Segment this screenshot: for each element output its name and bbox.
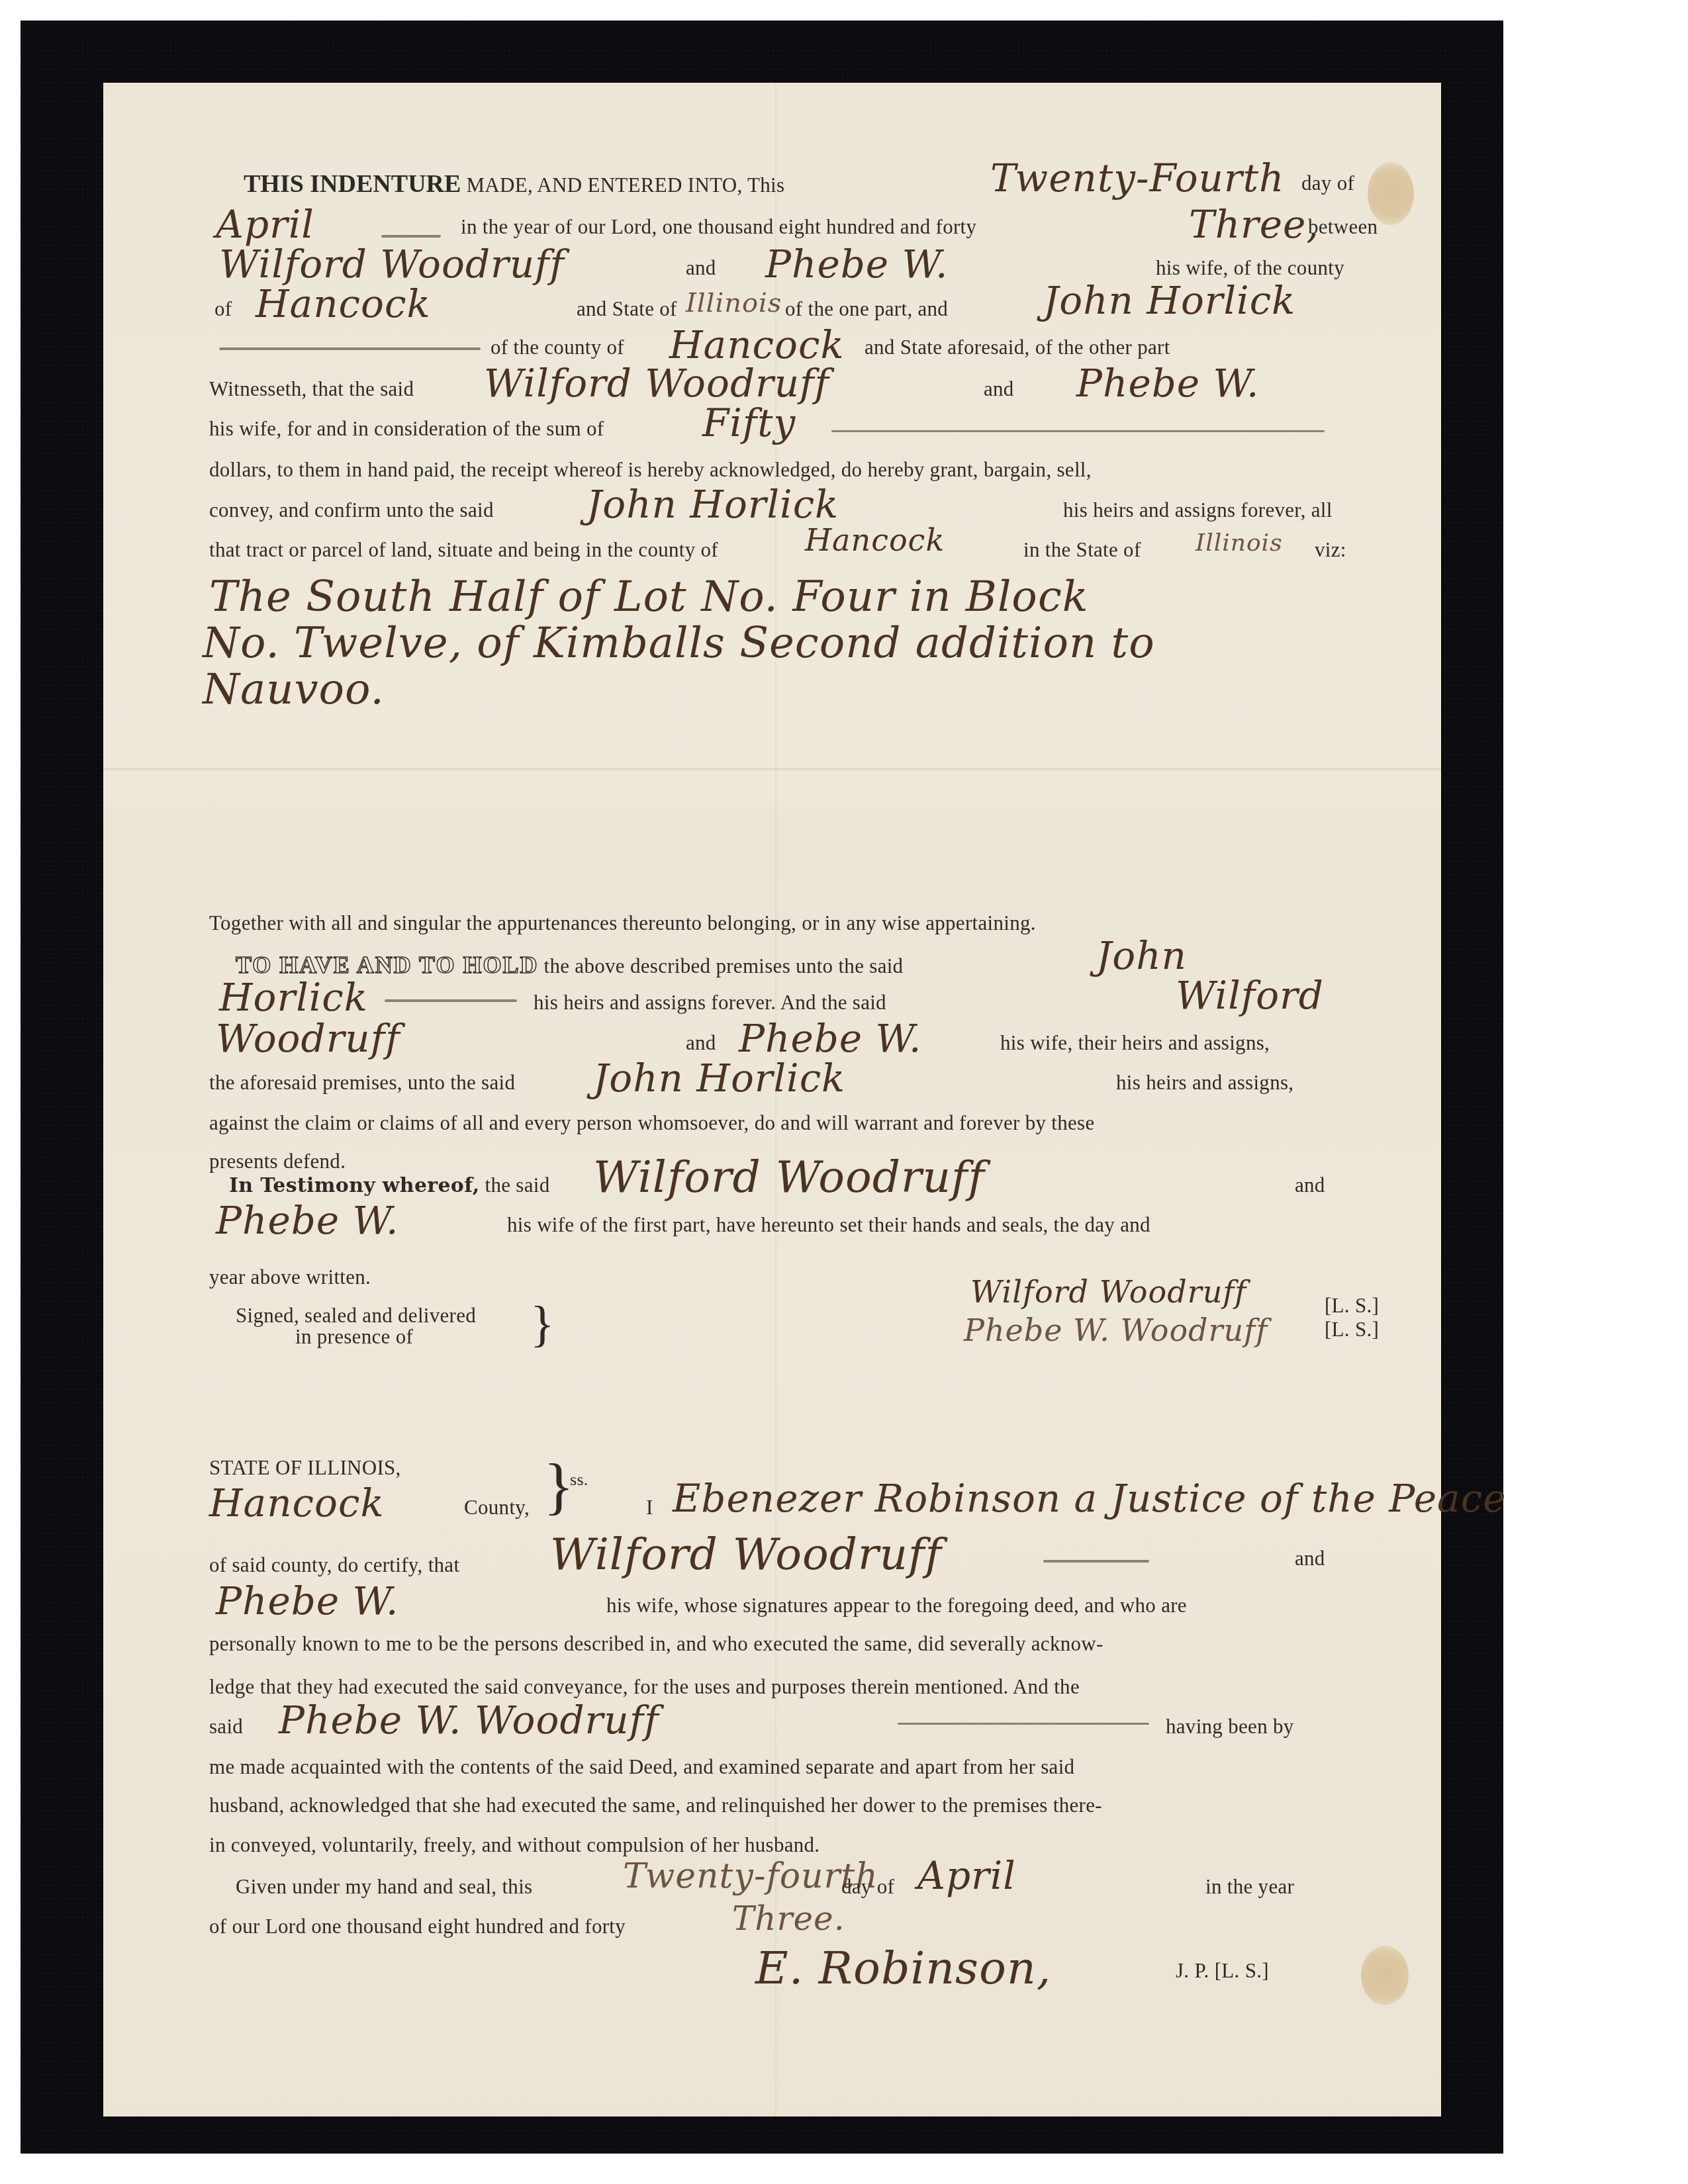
handwritten-sum: Fifty (702, 400, 796, 445)
handwritten-grantee-2: John Horlick (586, 482, 839, 527)
text-made-acquainted: me made acquainted with the contents of … (209, 1755, 1074, 1779)
handwritten-county: Hancock (256, 281, 431, 326)
text-their-heirs: his wife, their heirs and assigns, (1000, 1031, 1270, 1055)
text-ls-2: [L. S.] (1325, 1318, 1379, 1342)
text-and: and (1295, 1547, 1325, 1570)
handwritten-cert-day: Twenty-fourth (623, 1856, 878, 1896)
text-in-the-year: in the year (1205, 1875, 1294, 1899)
text-and: and (686, 256, 716, 280)
fill-dash (385, 999, 517, 1002)
indenture-title: THIS INDENTURE (244, 170, 461, 198)
text-between: between (1308, 215, 1378, 239)
text-witnesseth: Witnesseth, that the said (209, 377, 414, 401)
fill-dash (219, 347, 481, 350)
text-signed-sealed: Signed, sealed and delivered (236, 1304, 476, 1328)
handwritten-year: Three, (1189, 202, 1319, 247)
text-state-of-illinois: STATE OF ILLINOIS, (209, 1456, 401, 1480)
handwritten-day: Twenty-Fourth (990, 156, 1284, 201)
handwritten-wife-3: Phebe W. (739, 1016, 922, 1061)
handwritten-grantee: John Horlick (1043, 278, 1295, 323)
text-together: Together with all and singular the appur… (209, 911, 1036, 935)
text-jp-ls: J. P. [L. S.] (1176, 1959, 1269, 1983)
signature-phebe-woodruff: Phebe W. Woodruff (964, 1312, 1268, 1348)
text-given-under: Given under my hand and seal, this (236, 1875, 532, 1899)
handwritten-state-2: Illinois (1196, 529, 1283, 557)
indenture-line-1: THIS INDENTURE MADE, AND ENTERED INTO, T… (244, 169, 784, 199)
handwritten-john: John (1096, 933, 1187, 978)
brace-signed: } (530, 1299, 554, 1349)
text-state-of: and State of (577, 297, 677, 321)
text-year-above: year above written. (209, 1265, 371, 1289)
fold-crease (103, 768, 1441, 770)
fill-dash (1043, 1560, 1149, 1563)
handwritten-justice: Ebenezer Robinson a Justice of the Peace (673, 1476, 1506, 1521)
handwritten-grantor-3: Wilford Woodruff (593, 1152, 985, 1203)
handwritten-wife-2: Phebe W. (1076, 361, 1260, 406)
handwritten-county-4: Hancock (209, 1480, 385, 1525)
handwritten-grantee-3: John Horlick (593, 1056, 845, 1101)
handwritten-month: April (216, 202, 314, 247)
text-tract: that tract or parcel of land, situate an… (209, 538, 718, 562)
text-year-of-lord: in the year of our Lord, one thousand ei… (461, 215, 976, 239)
text-other-part: and State aforesaid, of the other part (865, 336, 1170, 359)
text-dollars: dollars, to them in hand paid, the recei… (209, 458, 1092, 482)
text-of: of (214, 297, 232, 321)
text-and: and (1295, 1173, 1325, 1197)
text-ss: ss. (570, 1470, 588, 1490)
text-personally-known: personally known to me to be the persons… (209, 1632, 1103, 1656)
fill-dash (898, 1723, 1149, 1725)
handwritten-wilford: Wilford (1176, 973, 1324, 1018)
handwritten-wife-5: Phebe W. (216, 1578, 399, 1623)
fill-dash (381, 235, 441, 238)
text-ledge: ledge that they had executed the said co… (209, 1675, 1080, 1699)
signature-wilford-woodruff: Wilford Woodruff (970, 1274, 1246, 1310)
text-convey: convey, and confirm unto the said (209, 498, 494, 522)
text-in-presence: in presence of (295, 1325, 413, 1349)
text-consideration: his wife, for and in consideration of th… (209, 417, 604, 441)
text-hands-seals: his wife of the first part, have hereunt… (507, 1213, 1150, 1237)
text-viz: viz: (1315, 538, 1346, 562)
text-day-of: day of (1301, 171, 1354, 195)
handwritten-cert-month: April (917, 1853, 1016, 1898)
handwritten-wife-4: Phebe W. (216, 1198, 399, 1243)
handwritten-wife: Phebe W. (765, 242, 949, 287)
handwritten-county-3: Hancock (805, 522, 945, 558)
handwritten-description-3: Nauvoo. (203, 665, 385, 714)
text-and: and (686, 1031, 716, 1055)
text-presents-defend: presents defend. (209, 1150, 346, 1173)
text-in-conveyed: in conveyed, voluntarily, freely, and wi… (209, 1833, 820, 1857)
text-heirs-forever: his heirs and assigns forever. And the s… (534, 991, 886, 1015)
text-day-of: day of (841, 1875, 894, 1899)
handwritten-description-1: The South Half of Lot No. Four in Block (209, 572, 1089, 621)
signature-e-robinson: E. Robinson, (755, 1942, 1051, 1995)
text-said: said (209, 1715, 243, 1739)
handwritten-grantor-2: Wilford Woodruff (484, 361, 829, 406)
text-ls-1: [L. S.] (1325, 1294, 1379, 1318)
text-his-wife-county: his wife, of the county (1156, 256, 1344, 280)
text-one-part: of the one part, and (785, 297, 948, 321)
handwritten-cert-year: Three. (732, 1899, 845, 1938)
handwritten-wife-full: Phebe W. Woodruff (279, 1698, 659, 1743)
deed-paper: THIS INDENTURE MADE, AND ENTERED INTO, T… (103, 83, 1441, 2116)
handwritten-horlick: Horlick (219, 975, 368, 1020)
text-relinquished: husband, acknowledged that she had execu… (209, 1794, 1102, 1817)
testimony-title: In Testimony whereof, (229, 1174, 479, 1197)
text-aforesaid: the aforesaid premises, unto the said (209, 1071, 515, 1095)
text-of-our-lord: of our Lord one thousand eight hundred a… (209, 1915, 626, 1938)
handwritten-grantor: Wilford Woodruff (219, 242, 565, 287)
habendum-title: TO HAVE AND TO HOLD (236, 952, 538, 978)
text-against: against the claim or claims of all and e… (209, 1111, 1095, 1135)
handwritten-grantor-4: Wilford Woodruff (550, 1529, 942, 1580)
testimony-line: In Testimony whereof, the said (229, 1173, 550, 1197)
text-county: County, (464, 1496, 530, 1520)
text-i: I (646, 1496, 653, 1520)
text-do-certify: of said county, do certify, that (209, 1553, 459, 1577)
handwritten-state: Illinois (686, 288, 782, 318)
text-heirs-assigns: his heirs and assigns forever, all (1063, 498, 1333, 522)
fill-dash (831, 430, 1325, 432)
text-of-county-of: of the county of (491, 336, 624, 359)
text-his-heirs: his heirs and assigns, (1116, 1071, 1293, 1095)
stain-bottom-right (1361, 1946, 1409, 2005)
handwritten-woodruff: Woodruff (216, 1016, 400, 1061)
text-having-been: having been by (1166, 1715, 1294, 1739)
text-and: and (984, 377, 1014, 401)
handwritten-description-2: No. Twelve, of Kimballs Second addition … (203, 619, 1155, 668)
text-signatures-appear: his wife, whose signatures appear to the… (606, 1594, 1187, 1617)
text-in-state-of: in the State of (1023, 538, 1141, 562)
